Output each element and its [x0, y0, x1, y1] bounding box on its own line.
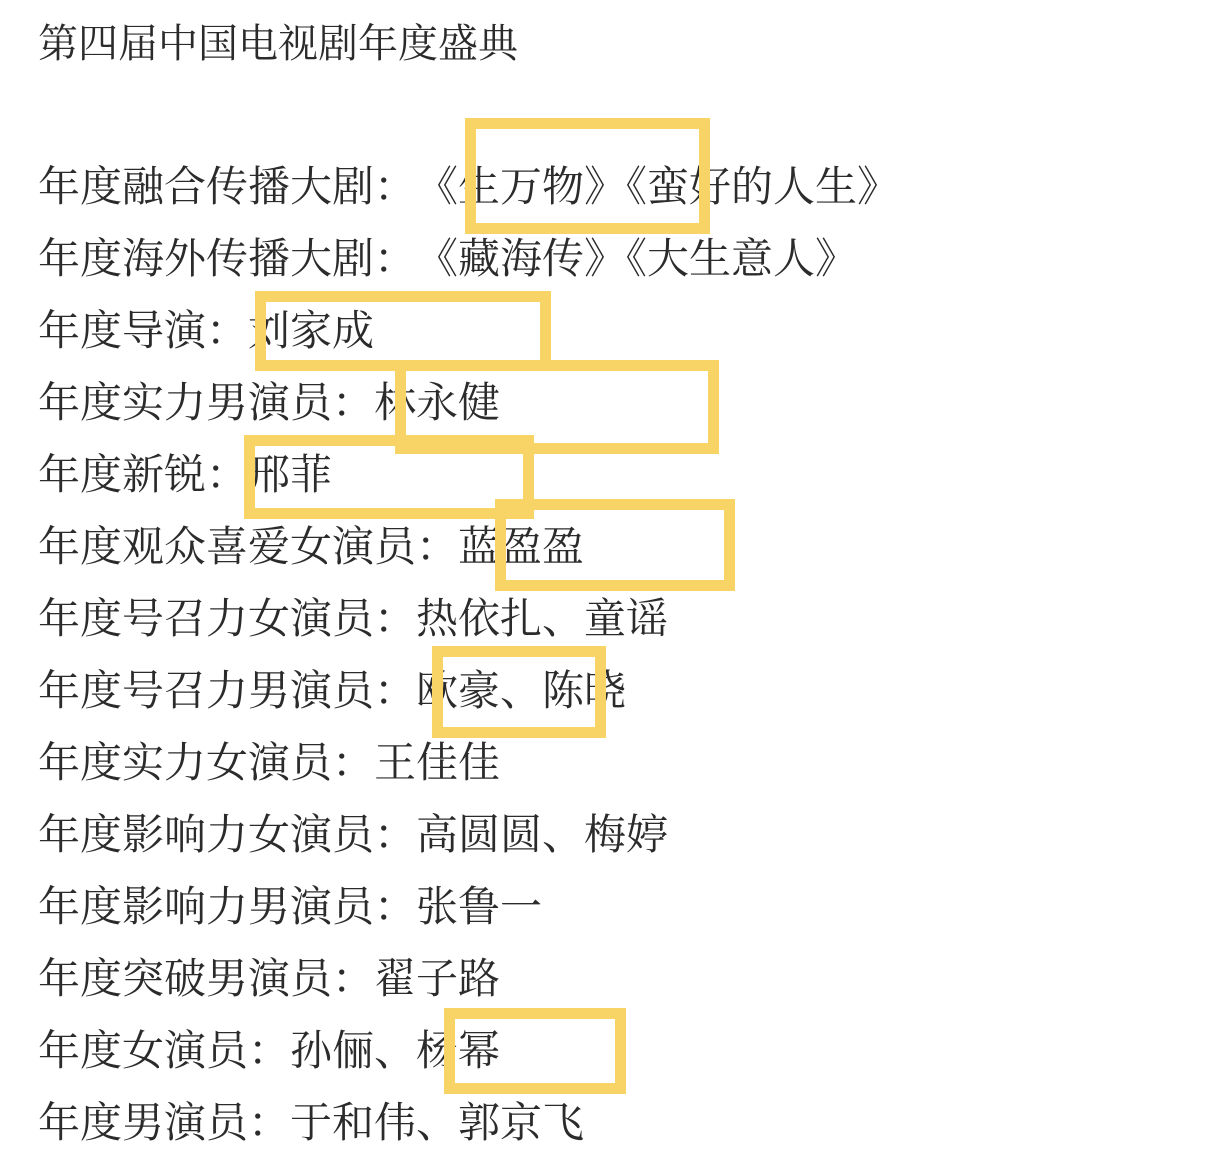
award-row: 年度突破男演员：翟子路 [38, 952, 500, 1006]
award-row: 年度实力男演员：林永健 [38, 376, 500, 430]
award-value: 高圆圆、梅婷 [416, 808, 668, 862]
award-value: 《生万物》《蛮好的人生》 [416, 160, 899, 214]
award-label: 年度导演： [38, 304, 248, 358]
award-label: 年度海外传播大剧： [38, 232, 416, 286]
award-row: 年度融合传播大剧：《生万物》《蛮好的人生》 [38, 160, 899, 214]
award-label: 年度观众喜爱女演员： [38, 520, 458, 574]
award-row: 年度导演：刘家成 [38, 304, 374, 358]
award-value: 欧豪、陈晓 [416, 664, 626, 718]
award-label: 年度融合传播大剧： [38, 160, 416, 214]
award-label: 年度实力女演员： [38, 736, 374, 790]
award-row: 年度男演员：于和伟、郭京飞 [38, 1096, 584, 1150]
award-row: 年度号召力男演员：欧豪、陈晓 [38, 664, 626, 718]
award-row: 年度号召力女演员：热依扎、童谣 [38, 592, 668, 646]
award-label: 年度影响力女演员： [38, 808, 416, 862]
award-label: 年度新锐： [38, 448, 248, 502]
award-value: 邢菲 [248, 448, 332, 502]
award-value: 于和伟、郭京飞 [290, 1096, 584, 1150]
award-label: 年度男演员： [38, 1096, 290, 1150]
award-value: 张鲁一 [416, 880, 542, 934]
award-row: 年度女演员：孙俪、杨幂 [38, 1024, 500, 1078]
award-value: 刘家成 [248, 304, 374, 358]
award-label: 年度实力男演员： [38, 376, 374, 430]
award-label: 年度号召力男演员： [38, 664, 416, 718]
award-value: 王佳佳 [374, 736, 500, 790]
award-row: 年度实力女演员：王佳佳 [38, 736, 500, 790]
award-value: 林永健 [374, 376, 500, 430]
award-label: 年度影响力男演员： [38, 880, 416, 934]
award-row: 年度影响力女演员：高圆圆、梅婷 [38, 808, 668, 862]
award-value: 蓝盈盈 [458, 520, 584, 574]
page-title: 第四届中国电视剧年度盛典 [38, 18, 518, 70]
award-label: 年度女演员： [38, 1024, 290, 1078]
award-row: 年度新锐：邢菲 [38, 448, 332, 502]
award-value: 《藏海传》《大生意人》 [416, 232, 857, 286]
award-value: 翟子路 [374, 952, 500, 1006]
award-row: 年度影响力男演员：张鲁一 [38, 880, 542, 934]
award-label: 年度突破男演员： [38, 952, 374, 1006]
award-label: 年度号召力女演员： [38, 592, 416, 646]
award-row: 年度海外传播大剧：《藏海传》《大生意人》 [38, 232, 857, 286]
award-value: 孙俪、杨幂 [290, 1024, 500, 1078]
award-value: 热依扎、童谣 [416, 592, 668, 646]
award-row: 年度观众喜爱女演员：蓝盈盈 [38, 520, 584, 574]
